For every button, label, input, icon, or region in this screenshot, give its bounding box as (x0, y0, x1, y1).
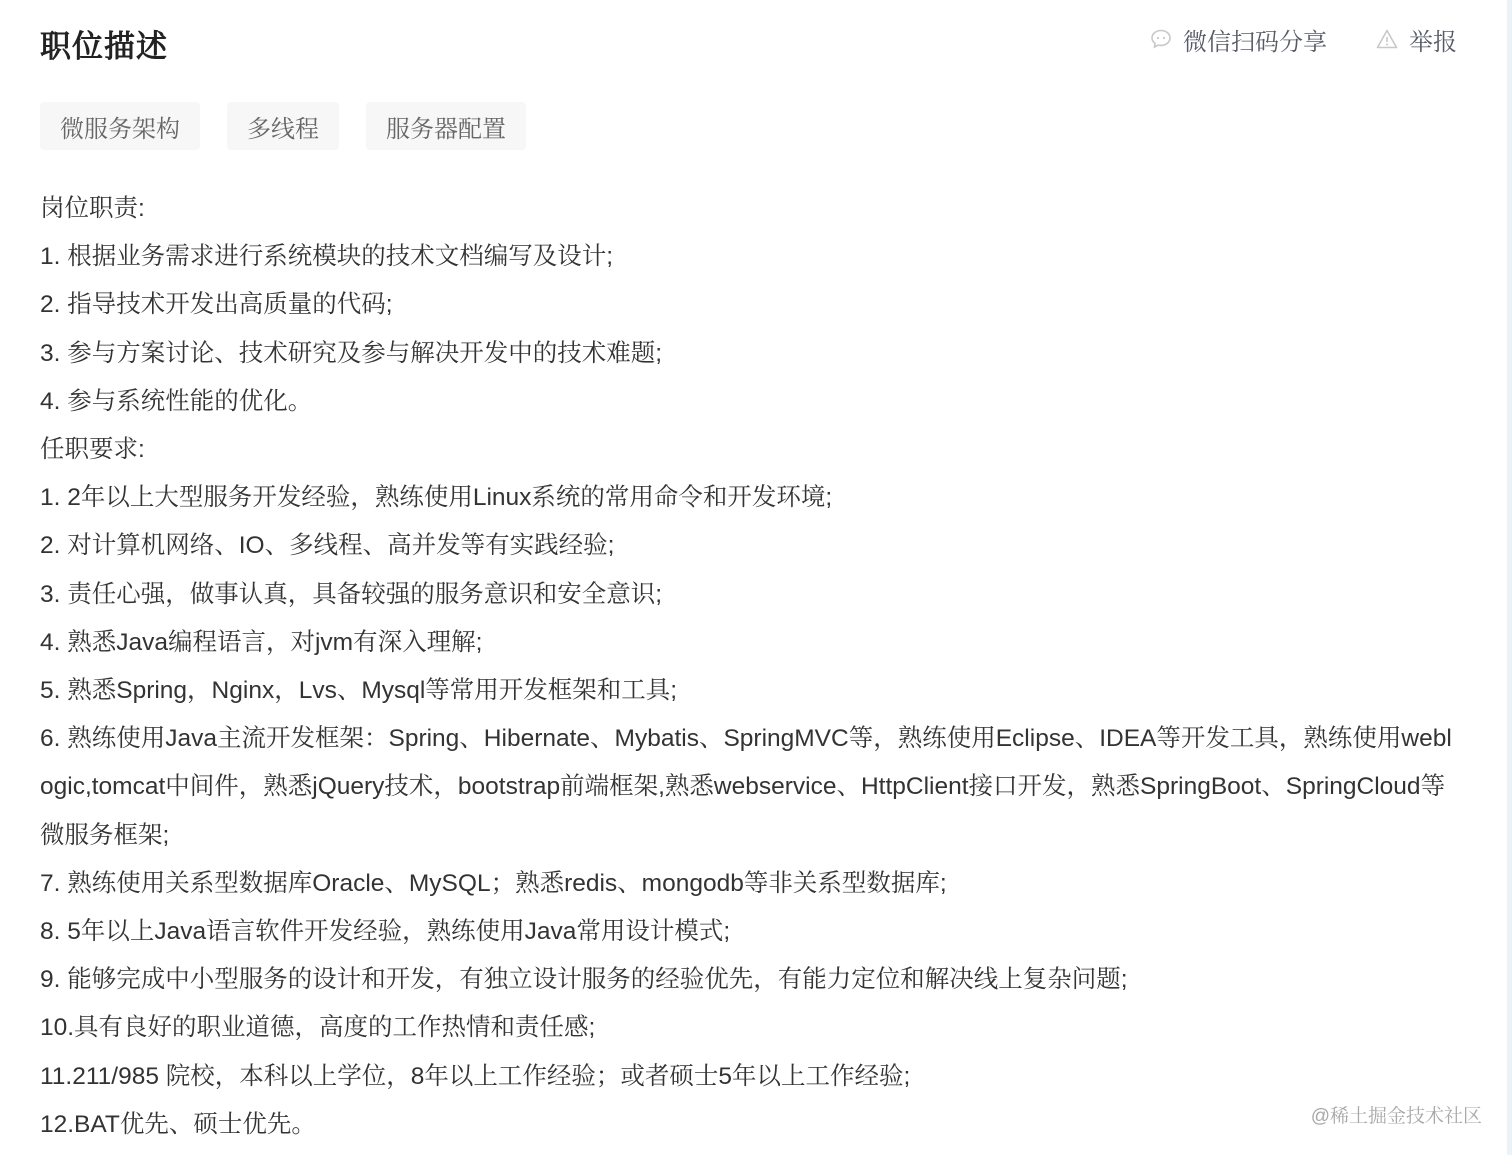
section-title: 职位描述 (40, 21, 168, 66)
requirement-item: 9. 能够完成中小型服务的设计和开发，有独立设计服务的经验优先，有能力定位和解决… (40, 956, 1460, 1004)
watermark: @稀土掘金技术社区 (1311, 1101, 1482, 1128)
right-edge-divider (1507, 0, 1512, 1155)
responsibility-item: 2. 指导技术开发出高质量的代码; (40, 281, 1460, 329)
requirement-item: 4. 熟悉Java编程语言，对jvm有深入理解; (40, 619, 1460, 667)
responsibility-item: 3. 参与方案讨论、技术研究及参与解决开发中的技术难题; (40, 330, 1460, 378)
wechat-share-button[interactable]: 微信扫码分享 (1149, 22, 1327, 57)
requirement-item: 10.具有良好的职业道德，高度的工作热情和责任感; (40, 1004, 1460, 1052)
tag-multithreading[interactable]: 多线程 (227, 102, 339, 150)
responsibility-item: 1. 根据业务需求进行系统模块的技术文档编写及设计; (40, 233, 1460, 281)
wechat-share-label: 微信扫码分享 (1183, 22, 1327, 57)
requirement-item: 3. 责任心强，做事认真，具备较强的服务意识和安全意识; (40, 571, 1460, 619)
requirement-item: 11.211/985 院校，本科以上学位，8年以上工作经验；或者硕士5年以上工作… (40, 1053, 1460, 1101)
job-description-page: 职位描述 微信扫码分享 (0, 0, 1512, 1155)
requirement-item: 7. 熟练使用关系型数据库Oracle、MySQL；熟悉redis、mongod… (40, 860, 1460, 908)
requirement-item: 5. 熟悉Spring，Nginx，Lvs、Mysql等常用开发框架和工具; (40, 667, 1460, 715)
report-button[interactable]: 举报 (1375, 22, 1457, 57)
tag-server-configuration[interactable]: 服务器配置 (366, 102, 526, 150)
job-description-text: 岗位职责: 1. 根据业务需求进行系统模块的技术文档编写及设计; 2. 指导技术… (40, 185, 1460, 1149)
tag-microservice-architecture[interactable]: 微服务架构 (40, 102, 200, 150)
requirements-heading: 任职要求: (40, 426, 1460, 474)
requirement-item: 2. 对计算机网络、IO、多线程、高并发等有实践经验; (40, 522, 1460, 570)
wechat-chat-bubble-icon (1149, 27, 1173, 51)
responsibilities-heading: 岗位职责: (40, 185, 1460, 233)
header-actions: 微信扫码分享 举报 (1149, 22, 1457, 57)
responsibility-item: 4. 参与系统性能的优化。 (40, 378, 1460, 426)
requirement-item: 8. 5年以上Java语言软件开发经验，熟练使用Java常用设计模式; (40, 908, 1460, 956)
requirement-item: 6. 熟练使用Java主流开发框架：Spring、Hibernate、Mybat… (40, 715, 1460, 860)
section-header: 职位描述 微信扫码分享 (40, 20, 1457, 66)
skill-tags: 微服务架构 多线程 服务器配置 (40, 102, 526, 150)
warning-triangle-icon (1375, 27, 1399, 51)
requirement-item: 12.BAT优先、硕士优先。 (40, 1101, 1460, 1149)
requirement-item: 1. 2年以上大型服务开发经验，熟练使用Linux系统的常用命令和开发环境; (40, 474, 1460, 522)
report-label: 举报 (1409, 22, 1457, 57)
